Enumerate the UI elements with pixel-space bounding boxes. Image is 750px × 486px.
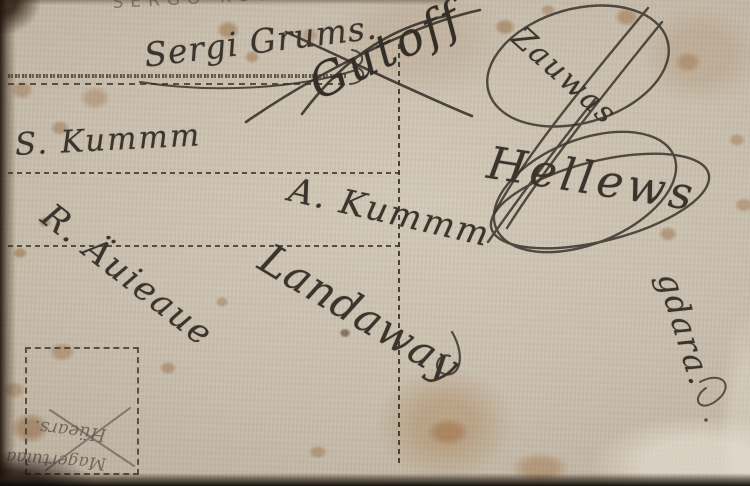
photo-edge-left [0,0,16,486]
photo-edge-bottom [0,473,750,486]
postcard-back-photo: SERGO KUSNE Sergi Grums. Gutoff Zauwas H… [0,0,750,486]
photo-edge-top [0,0,450,5]
